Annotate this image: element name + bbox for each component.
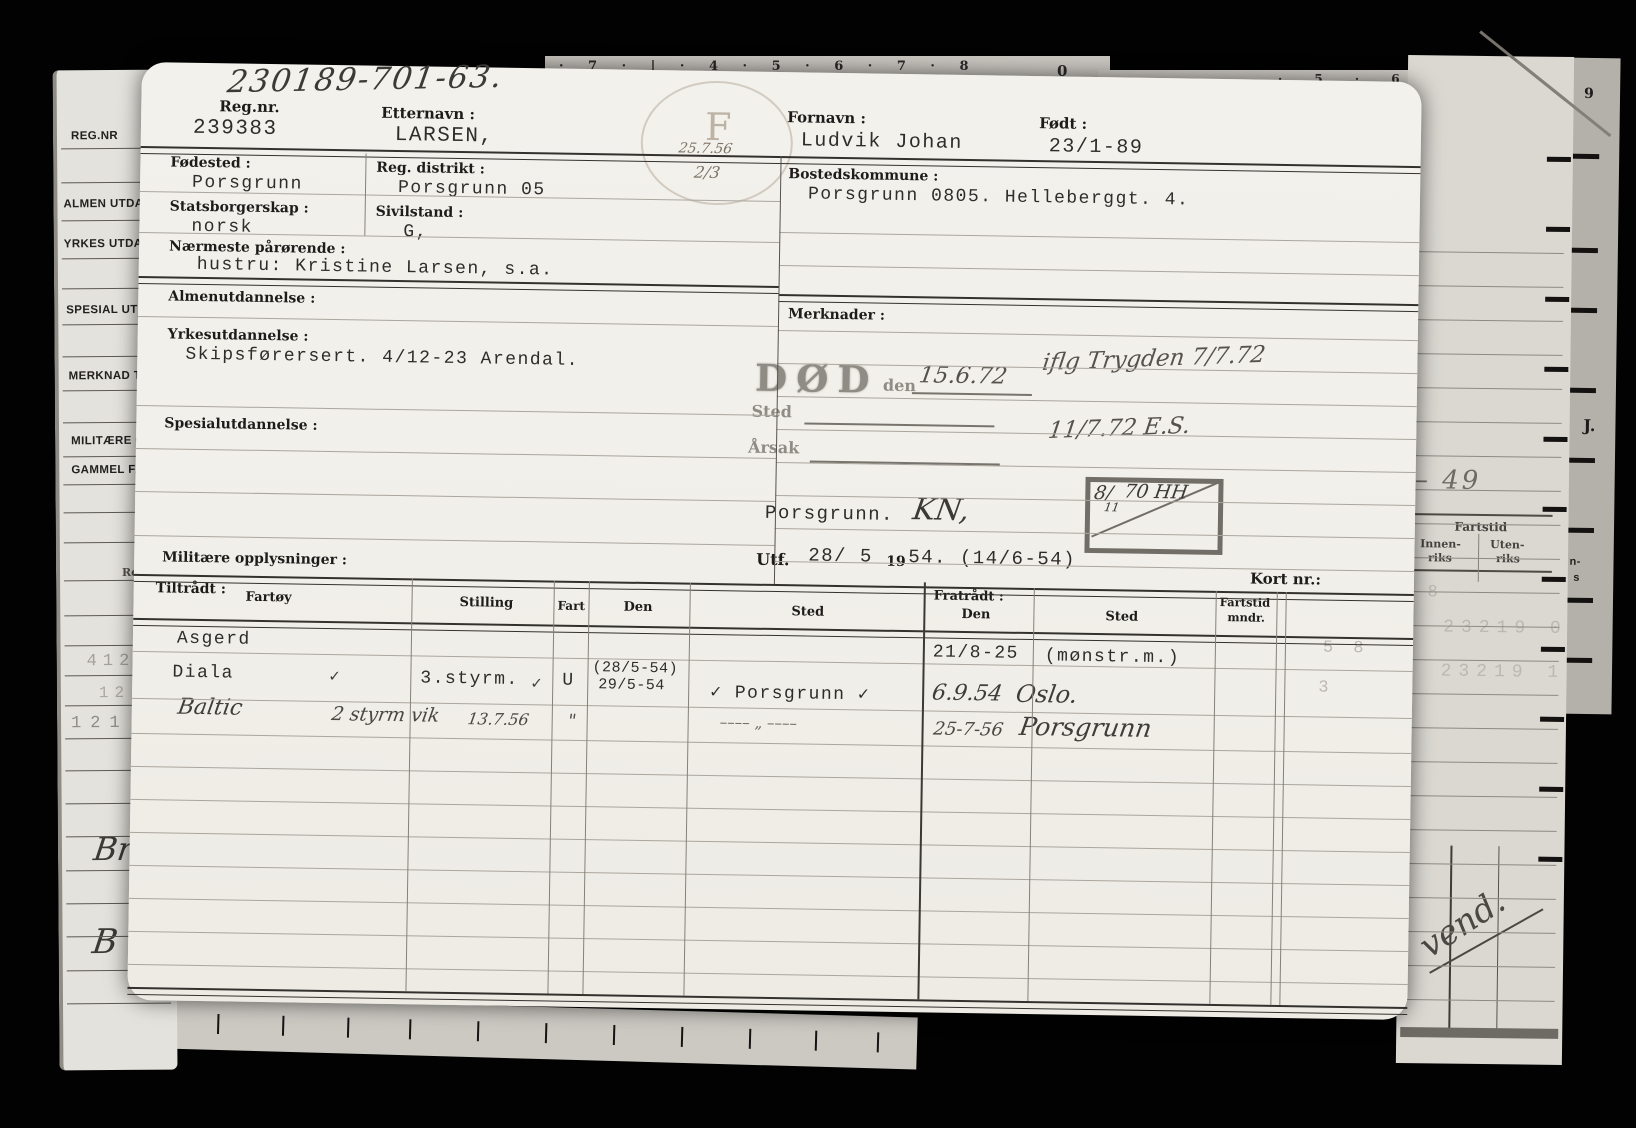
rule-line (1542, 577, 1566, 582)
row-vessel: Asgerd (177, 629, 251, 650)
col-header-mndr: mndr. (1227, 610, 1265, 625)
etternavn-value: LARSEN, (395, 124, 494, 149)
date-stamp-box: 8/ 11 70 HH (1084, 477, 1223, 555)
dod-stamp-word: DØD (755, 356, 879, 402)
rule-line (917, 582, 926, 999)
stamp-line (912, 392, 1032, 396)
row-out-date-hand: 6.9.54 (930, 681, 1004, 707)
check-mark: ✓ (328, 667, 341, 685)
rule-line (130, 832, 1410, 853)
rule-line (1541, 647, 1565, 652)
col-header-fart: Fart (557, 599, 585, 613)
row-out-date-hand: 25-7-56 (932, 719, 1005, 741)
row-place: ✓ Porsgrunn ✓ (710, 681, 870, 706)
col-header-den: Den (623, 600, 652, 615)
fornavn-value: Ludvik Johan (801, 129, 963, 155)
rule-line (547, 581, 554, 994)
rule-line (133, 651, 1413, 672)
innenriks-header-1: Innen- (1420, 537, 1461, 550)
rule-line (1564, 528, 1594, 533)
rule-line (1568, 248, 1598, 253)
rule-line (1566, 388, 1596, 393)
rule-line (1408, 761, 1558, 764)
rule-line (1406, 863, 1556, 866)
stamp-line (804, 422, 994, 427)
rule-line (877, 1032, 880, 1052)
row-date-2: 29/5-54 (598, 676, 665, 694)
rule-line (67, 1003, 171, 1005)
rule-line (347, 1018, 350, 1038)
faint-number: 412 (87, 652, 136, 671)
seaman-register-card: 230189-701-63. Reg.nr. 239383 Etternavn … (127, 62, 1422, 1020)
rule-line (1567, 308, 1597, 313)
rule-line (1546, 227, 1570, 232)
rule-line (1539, 787, 1563, 792)
row-out-place-hand: Oslo. (1014, 680, 1080, 709)
rule-line (128, 931, 1408, 952)
rule-line (1279, 592, 1286, 1005)
faint-number: 12 (99, 684, 130, 702)
rule-line (1405, 999, 1555, 1002)
scanned-archive-photo: · 7 · | · 4 · 5 · 6 · 7 · 8 0 · 5 · 6 · … (0, 0, 1636, 1128)
rule-line (1413, 285, 1563, 288)
yrkes-label: Yrkesutdannelse : (168, 326, 309, 344)
rule-line (1412, 387, 1562, 390)
rule-line (1408, 693, 1558, 696)
rule-line (582, 581, 589, 994)
row-fart-ditto: " (566, 711, 578, 732)
rule-line (779, 232, 1419, 243)
almen-label: Almenutdannelse : (168, 288, 315, 306)
col-header-fratradt-den: Den (961, 607, 990, 622)
militare-label: Militære opplysninger : (162, 549, 347, 568)
bosted-value: Porsgrunn 0805. Helleberggt. 4. (808, 184, 1190, 210)
rule-line (1540, 717, 1564, 722)
rule-line (1209, 591, 1216, 1004)
rule-line (613, 1025, 616, 1045)
stamp-fraction: 2/3 (693, 163, 722, 182)
rule-line (138, 316, 778, 327)
row-fart: U (562, 671, 575, 691)
row-position: 3.styrm. (420, 668, 519, 690)
utf-year: 54. (14/6-54) (908, 546, 1076, 571)
rule-line (130, 799, 1410, 820)
rule-line (129, 865, 1409, 886)
regnr-label: Reg.nr. (219, 97, 280, 116)
fodt-label: Født : (1039, 114, 1087, 133)
rule-line (683, 583, 690, 996)
dod-note2-handwriting: 11/7.72 E.S. (1047, 413, 1192, 444)
rule-line (1412, 421, 1562, 424)
parorende-value: hustru: Kristine Larsen, s.a. (197, 255, 554, 281)
regdistrikt-label: Reg. distrikt : (376, 160, 485, 178)
rule-line (776, 462, 1416, 473)
col-header-stilling: Stilling (459, 595, 513, 611)
rule-line (815, 1031, 818, 1051)
sign-place: Porsgrunn. (765, 502, 894, 526)
bosted-label: Bostedskommune : (788, 166, 938, 184)
rule-line (136, 448, 776, 459)
left-card-label: REG.NR (71, 130, 118, 142)
rule-line (1027, 588, 1034, 1001)
rule-line (1270, 592, 1277, 1005)
utf-label: Utf. (756, 550, 790, 570)
rule-line (128, 964, 1408, 985)
rule-line (1408, 727, 1558, 730)
rule-line (477, 1021, 480, 1041)
utf-day: 28/ 5 (808, 545, 873, 568)
rule-line (681, 1027, 684, 1047)
row-place-ditto: –––– „ –––– (720, 713, 798, 732)
rule-line (131, 766, 1411, 787)
rule-line (749, 1029, 752, 1049)
handwritten-card-number: 230189-701-63. (225, 59, 506, 100)
rule-line (1414, 251, 1564, 254)
rule-line (1547, 157, 1571, 162)
text-fragment: n- (1569, 556, 1580, 568)
fornavn-label: Fornavn : (787, 108, 866, 127)
fodested-label: Fødested : (170, 154, 251, 171)
underlying-card-right: – 49 Fartstid Innen- riks Uten- riks 8 2… (1396, 55, 1574, 1065)
col-header-sted: Sted (791, 604, 824, 620)
rule-line (282, 1016, 285, 1036)
col-header-fratradt-sted: Sted (1105, 609, 1138, 625)
rule-line (1405, 965, 1555, 968)
rule-line (1545, 297, 1569, 302)
ruler-nine: 9 (1584, 86, 1594, 102)
card-bottom-edge (1400, 1027, 1558, 1039)
faint-number: 121 (71, 714, 129, 733)
check-mark: ✓ (530, 674, 543, 692)
dod-stamp-sted: Sted (751, 402, 792, 422)
kortnr-label: Kort nr.: (1250, 569, 1321, 588)
bleed-number: 8 (1427, 583, 1437, 602)
rule-line (1407, 795, 1557, 798)
bleed-number: 3 (1318, 679, 1329, 698)
sivilstand-label: Sivilstand : (376, 204, 464, 221)
j-mark: J. (1583, 416, 1595, 435)
fartstid-header: Fartstid (1454, 520, 1507, 535)
handwritten-initial: B (90, 922, 120, 962)
rule-line (135, 535, 775, 546)
fodt-value: 23/1-89 (1049, 135, 1144, 159)
etternavn-label: Etternavn : (381, 104, 475, 123)
rule-line (545, 1023, 548, 1043)
bleed-number: 23219 0 (1443, 617, 1568, 639)
rule-line (405, 578, 412, 991)
merknader-label: Merknader : (788, 306, 885, 324)
stamp-box-under: 11 (1103, 500, 1120, 514)
utenriks-header-1: Uten- (1490, 538, 1524, 551)
spesial-label: Spesialutdannelse : (164, 415, 318, 433)
rule-line (1411, 455, 1561, 458)
rule-line (1407, 829, 1557, 832)
pencil-note-49: – 49 (1415, 465, 1482, 496)
rule-line (131, 733, 1411, 754)
row-position-hand: 2 styrm vik (330, 703, 441, 727)
bleed-number: 23219 1 (1441, 661, 1566, 683)
row-out-place-hand: Porsgrunn (1017, 712, 1153, 743)
row-date-hand: 13.7.56 (466, 709, 530, 729)
rule-line (1569, 154, 1599, 159)
rule-line (1413, 319, 1563, 322)
rule-line (1538, 857, 1562, 862)
rule-line (778, 330, 1418, 341)
row-date-1: (28/5-54) (592, 659, 678, 677)
rule-line (1413, 353, 1563, 356)
rule-line (1543, 507, 1567, 512)
statsborgerskap-label: Statsborgerskap : (170, 198, 309, 216)
rule-line (129, 898, 1409, 919)
rule-line (137, 405, 777, 416)
round-date-stamp: F 25.7.56 2/3 (640, 80, 794, 206)
yrkes-value: Skipsførersert. 4/12-23 Arendal. (185, 345, 579, 371)
text-fragment: s (1573, 572, 1580, 584)
parorende-label: Nærmeste pårørende : (169, 238, 346, 257)
col-header-fartoy: Fartøy (245, 590, 291, 606)
rule-line (217, 1014, 220, 1034)
rule-line (133, 618, 1413, 646)
rule-line (1565, 458, 1595, 463)
dod-stamp-arsak: Årsak (748, 438, 800, 458)
rule-line (409, 1019, 412, 1039)
row-out-date: 21/8-25 (933, 642, 1019, 663)
rule-line (779, 265, 1419, 276)
sivilstand-value: G, (403, 222, 428, 242)
rule-line (1543, 437, 1567, 442)
regnr-value: 239383 (193, 117, 278, 141)
rule-line (1544, 367, 1568, 372)
rule-line (135, 491, 775, 502)
row-vessel: Diala (172, 663, 234, 684)
